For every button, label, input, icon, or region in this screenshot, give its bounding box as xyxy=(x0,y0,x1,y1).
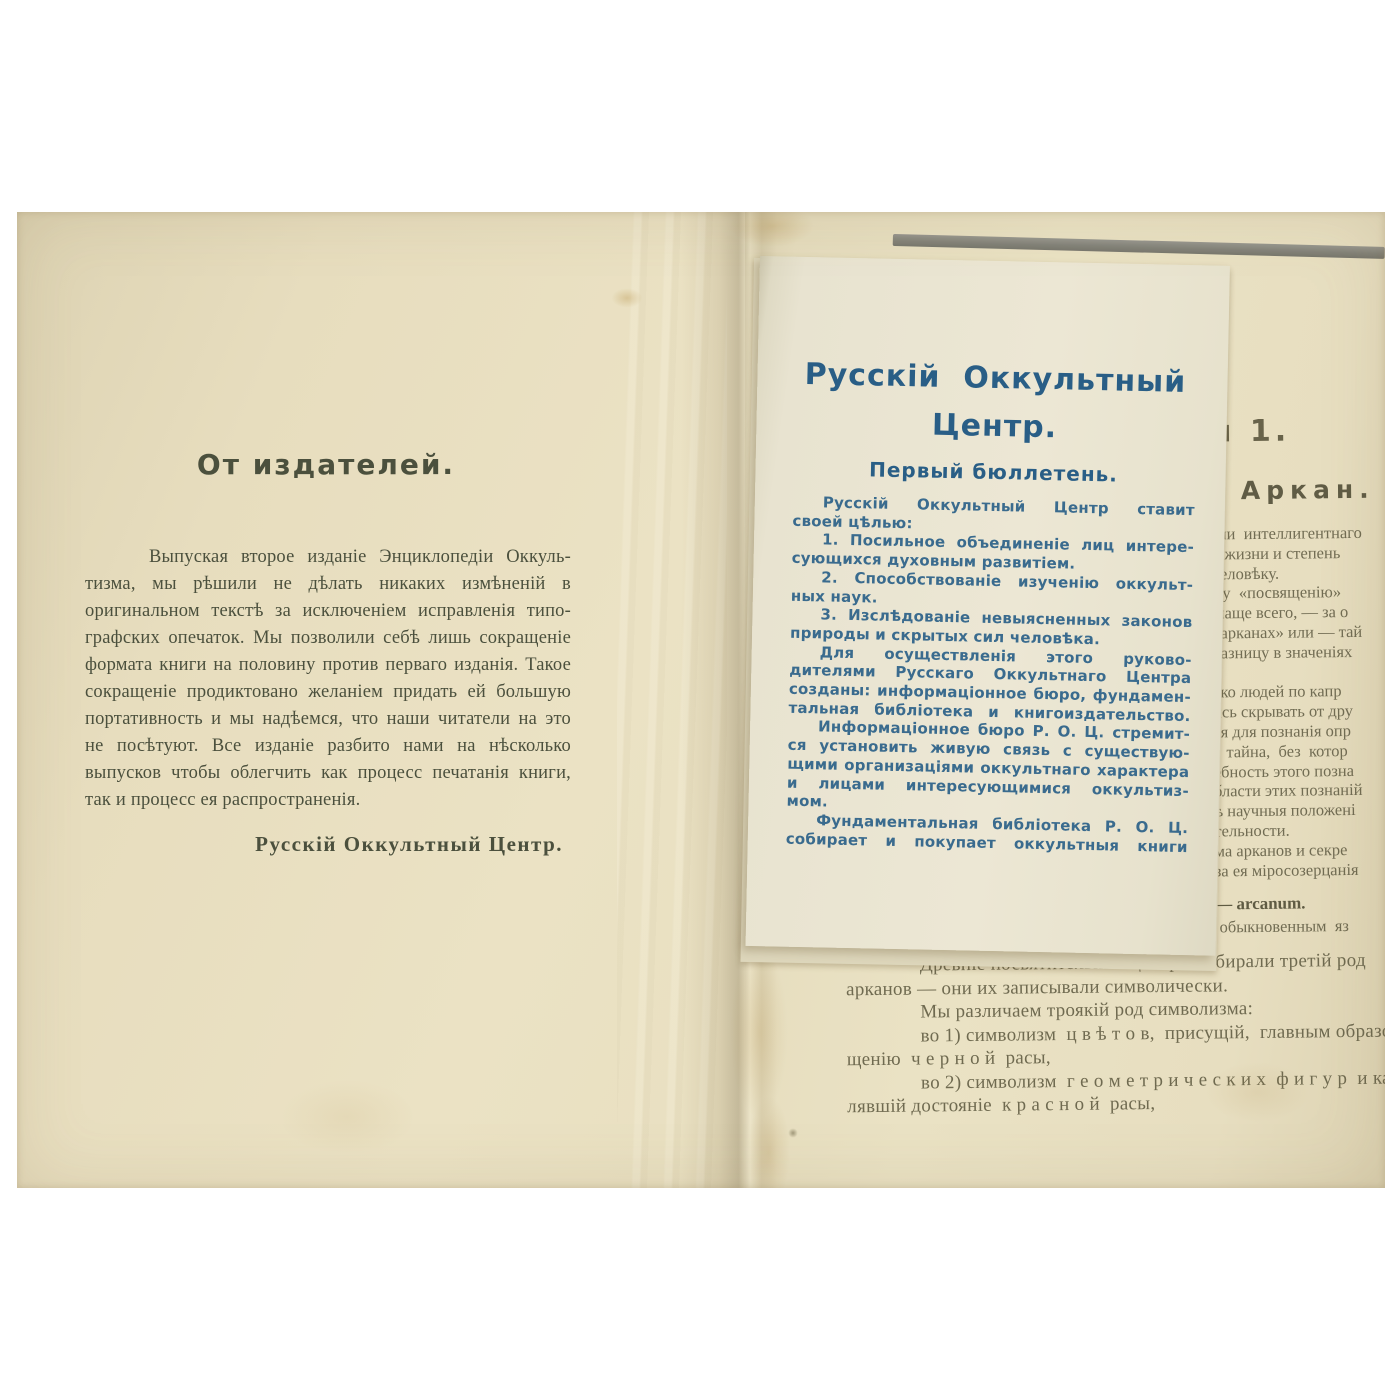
paragraph-line: тизма, мы рѣшили не дѣлать никаких измѣн… xyxy=(85,571,571,598)
right-page-line: му «посвященію» xyxy=(1212,581,1385,604)
paragraph-line: выпусков чтобы облегчить как процесс печ… xyxy=(85,760,571,787)
right-page-line: ись скрывать от дру xyxy=(1213,700,1385,723)
right-page-column: зни интеллигентнагои жизни и степень чел… xyxy=(1211,522,1385,938)
paragraph-line: не посѣтуют. Все изданіе разбито нами на… xyxy=(85,733,571,760)
right-page-line: : тайна, без котор xyxy=(1213,739,1385,762)
right-page-line: чаще всего, — за о xyxy=(1212,601,1385,624)
leaflet-title-line2: Центр. xyxy=(794,405,1195,448)
right-page-line: лявшій достояніе к р а с н о й расы, xyxy=(847,1089,1385,1118)
paragraph-line: сокращеніе продиктовано желаніем придать… xyxy=(85,679,571,706)
left-page-paragraph: Выпуская второе изданіе Энциклопедіи Окк… xyxy=(85,544,571,814)
right-page-line: и жизни и степень xyxy=(1211,542,1385,565)
right-page-line: ько людей по капр xyxy=(1213,680,1385,703)
right-page-column-lines: зни интеллигентнагои жизни и степень чел… xyxy=(1211,522,1385,881)
right-page-bottom-block: Древніе посвятительные центры избирали т… xyxy=(846,948,1385,1118)
leaflet-title-line1: Русскій Оккультный xyxy=(795,357,1196,400)
right-page-line: ебность этого позна xyxy=(1214,759,1385,782)
paragraph-line: Выпуская второе изданіе Энциклопедіи Окк… xyxy=(85,544,571,571)
paragraph-line: портативность и мы надѣемся, что наши чи… xyxy=(85,706,571,733)
left-page-signature: Русскій Оккультный Центр. xyxy=(85,832,577,857)
leaflet-insert: Русскій Оккультный Центр. Первый бюллете… xyxy=(746,256,1230,956)
leaflet-body: Русскій Оккультный Центр ставит своей цѣ… xyxy=(786,493,1195,857)
leaflet-subtitle: Первый бюллетень. xyxy=(793,456,1193,488)
right-page-section-heading: Аркан. xyxy=(1241,475,1375,505)
paragraph-line: так и процесс ея распространенія. xyxy=(85,787,571,814)
right-page-line: человѣку. xyxy=(1212,561,1385,584)
scan-background: { "colors": { "background": "#ffffff", "… xyxy=(0,0,1400,1400)
right-page-line: ма арканов и секре xyxy=(1214,838,1385,861)
left-page-heading: От издателей. xyxy=(85,448,567,481)
arcanum-line: — arcanum. xyxy=(1215,892,1385,915)
right-page-line: ая для познанія опр xyxy=(1213,720,1385,743)
right-page-line: за ея міросозерцанія xyxy=(1215,858,1385,881)
left-page: От издателей. Выпуская второе изданіе Эн… xyxy=(17,212,747,1188)
right-page-line: бласти этих познаній xyxy=(1214,779,1385,802)
paragraph-line: формата книги на половину против перваго… xyxy=(85,652,571,679)
paragraph-line: графских опечаток. Мы позволили себѣ лиш… xyxy=(85,625,571,652)
right-page-line: обыкновенным яз xyxy=(1215,915,1385,938)
paragraph-line: оригинальном текстѣ за исключеніем испра… xyxy=(85,598,571,625)
right-page-line: зни интеллигентнаго xyxy=(1211,522,1385,545)
right-page-line: ѣ научныя положені xyxy=(1214,799,1385,822)
right-page-line xyxy=(1213,660,1385,683)
right-page-line: разницу в значеніях xyxy=(1212,641,1385,664)
right-page-line: «арканах» или — тай xyxy=(1212,621,1385,644)
right-page-line: тельности. xyxy=(1214,819,1385,842)
book-photo: я 1. Аркан. зни интеллигентнагои жизни и… xyxy=(17,212,1385,1188)
